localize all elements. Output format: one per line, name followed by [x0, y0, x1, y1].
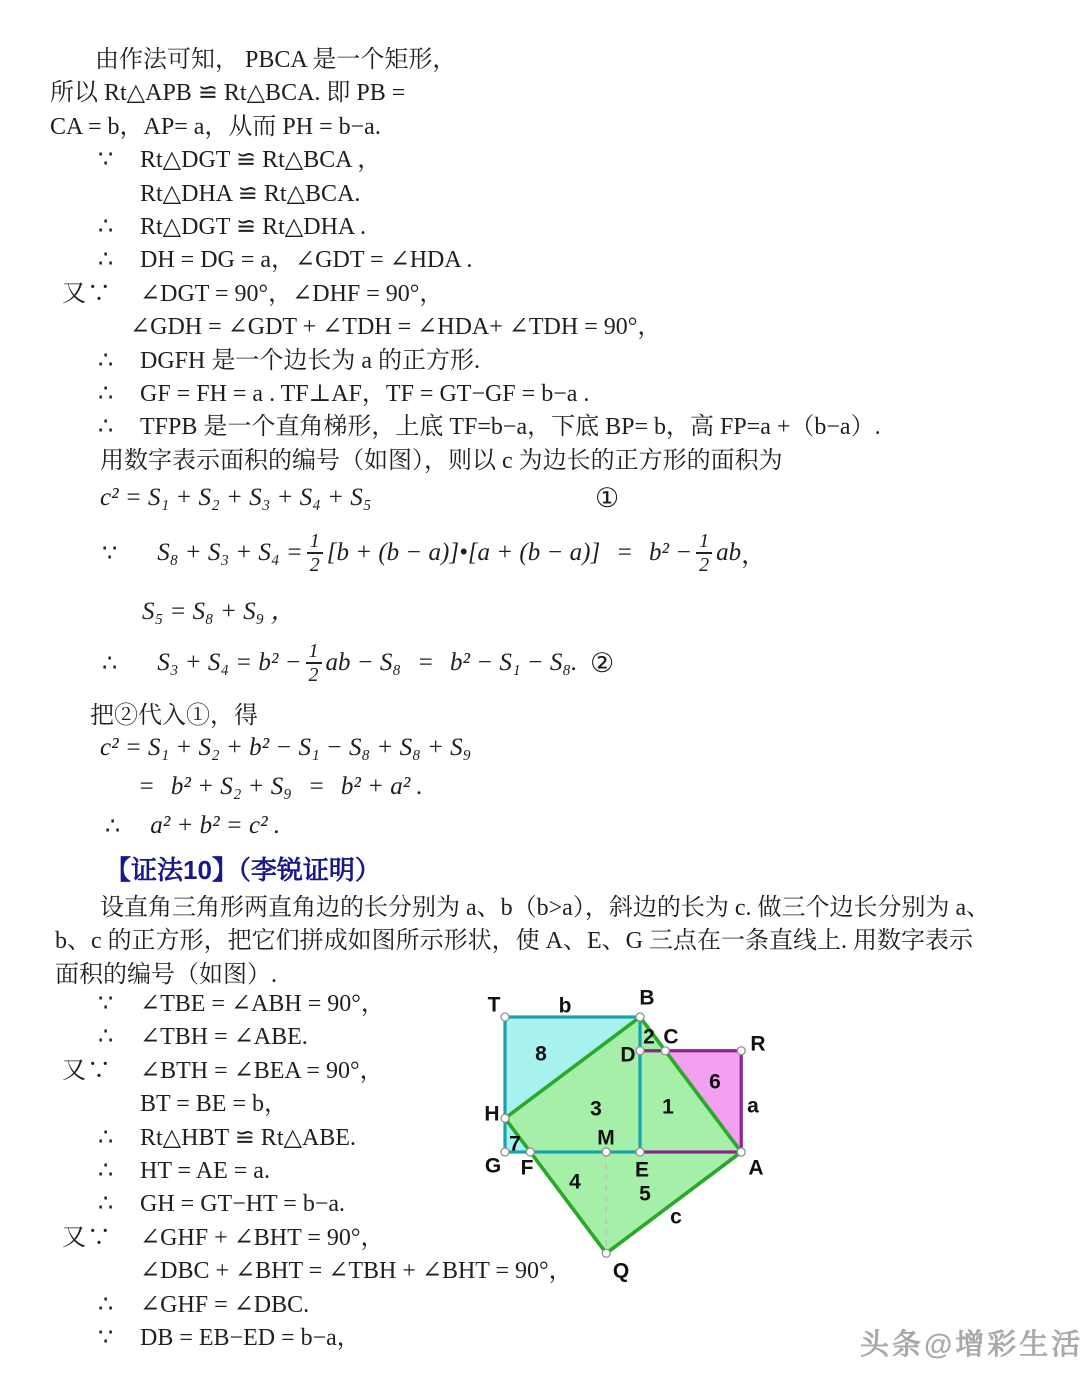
- proof-line-text: HT = AE = a.: [140, 1158, 270, 1184]
- proof-line-text: GH = GT−HT = b−a.: [140, 1191, 345, 1217]
- formula-pythagorean: ∴ a² + b² = c² .: [50, 807, 1050, 845]
- formula-text: [b + (b − a)]•[a + (b − a)]: [327, 539, 600, 567]
- proof-line: ∴ HT = AE = a.: [50, 1155, 690, 1188]
- proof-line-text: ∠GHF + ∠BHT = 90°，: [140, 1225, 384, 1251]
- proof-line: ∴ DGFH 是一个边长为 a 的正方形.: [50, 345, 1050, 378]
- therefore-symbol: ∴: [98, 1021, 114, 1054]
- because-symbol: ∵: [98, 988, 114, 1021]
- vertex-dot-A: [737, 1148, 745, 1156]
- proof-line-text: Rt△DGT ≌ Rt△DHA .: [140, 214, 366, 240]
- equals-sign: =: [616, 539, 633, 567]
- formula-text: S₃ + S₄ = b² −: [157, 649, 301, 677]
- proof9-para-line: 由作法可知， PBCA 是一个矩形，: [50, 44, 1050, 77]
- proof-line-text: ∠TBH = ∠ABE.: [140, 1024, 308, 1050]
- proof-line-text: DGFH 是一个边长为 a 的正方形.: [140, 348, 480, 374]
- proof-line-text: TFPB 是一个直角梯形，上底 TF=b−a，下底 BP= b，高 FP=a +…: [140, 414, 881, 440]
- formula-s8-s3-s4: ∵ S₈ + S₃ + S₄ = 1 2 [b + (b − a)]•[a + …: [50, 518, 1050, 588]
- proof-line: 又∵ ∠DGT = 90°，∠DHF = 90°，: [50, 278, 1050, 311]
- proof-line: ∴ TFPB 是一个直角梯形，上底 TF=b−a，下底 BP= b，高 FP=a…: [50, 411, 1050, 444]
- fraction-denominator: 2: [306, 664, 322, 686]
- proof-line: ∴ ∠TBH = ∠ABE.: [50, 1021, 690, 1054]
- proof-line-text: GF = FH = a . TF⊥AF，TF = GT−GF = b−a .: [140, 381, 589, 407]
- therefore-symbol: ∴: [98, 211, 114, 244]
- proof-line-text: Rt△DHA ≌ Rt△BCA.: [140, 181, 360, 207]
- proof-line-text: DB = EB−ED = b−a，: [140, 1325, 361, 1351]
- therefore-symbol: ∴: [98, 411, 114, 444]
- formula-c2-expanded: c² = S₁ + S₂ + b² − S₁ − S₈ + S₈ + S₉: [50, 729, 1050, 767]
- therefore-symbol: ∴: [98, 244, 114, 277]
- region-label-6: 6: [709, 1071, 721, 1094]
- proof-line-text: DH = DG = a，∠GDT = ∠HDA .: [140, 247, 472, 273]
- vertex-label-R: R: [750, 1033, 765, 1056]
- proof-line-text: ∠DGT = 90°，∠DHF = 90°，: [140, 281, 443, 307]
- fraction-one-half: 1 2: [307, 530, 323, 577]
- proof-line: ∴ GF = FH = a . TF⊥AF，TF = GT−GF = b−a .: [50, 378, 1050, 411]
- proof-line: ∴ ∠GHF = ∠DBC.: [50, 1289, 690, 1322]
- proof-line: ∠GDH = ∠GDT + ∠TDH = ∠HDA+ ∠TDH = 90°，: [50, 311, 1050, 344]
- proof10-para-line: 设直角三角形两直角边的长分别为 a、b（b>a），斜边的长为 c. 做三个边长分…: [55, 892, 1050, 925]
- also-because-symbol: 又∵: [62, 1055, 112, 1088]
- formula-text: c² = S₁ + S₂ + S₃ + S₄ + S₅: [100, 484, 371, 512]
- edge-label-a: a: [747, 1095, 759, 1118]
- proof-line: Rt△DHA ≌ Rt△BCA.: [50, 178, 1050, 211]
- formula-text: b² + S₂ + S₉: [171, 773, 292, 801]
- proof-line-text: BT = BE = b，: [140, 1091, 288, 1117]
- vertex-label-A: A: [748, 1157, 763, 1180]
- proof9-para-line: 所以 Rt△APB ≌ Rt△BCA. 即 PB =: [50, 77, 1050, 110]
- proof-line: 又∵ ∠GHF + ∠BHT = 90°，: [50, 1222, 690, 1255]
- proof-line: 又∵ ∠BTH = ∠BEA = 90°，: [50, 1055, 690, 1088]
- formula-s3-s4: ∴ S₃ + S₄ = b² − 1 2 ab − S₈ = b² − S₁ −…: [50, 630, 1050, 696]
- formula-c2-simplified: = b² + S₂ + S₉ = b² + a² .: [50, 767, 1050, 807]
- because-symbol: ∵: [98, 1322, 114, 1355]
- formula-text: b² + a² .: [341, 773, 423, 801]
- proof9-paragraph: 由作法可知， PBCA 是一个矩形， 所以 Rt△APB ≌ Rt△BCA. 即…: [50, 44, 1050, 144]
- formula-text: S₅ = S₈ + S₉ ，: [142, 591, 296, 627]
- formula-text: ab: [716, 539, 741, 567]
- proof10-heading: 【证法10】（李锐证明）: [50, 852, 1050, 888]
- also-because-symbol: 又∵: [62, 1222, 112, 1255]
- because-symbol: ∵: [98, 144, 114, 177]
- equals-sign: =: [417, 649, 434, 677]
- fraction-numerator: 1: [696, 530, 712, 554]
- fraction-one-half: 1 2: [696, 530, 712, 577]
- proof-line-text: ∠TBE = ∠ABH = 90°，: [140, 991, 385, 1017]
- formula-text: c² = S₁ + S₂ + b² − S₁ − S₈ + S₈ + S₉: [100, 734, 471, 762]
- also-because-symbol: 又∵: [62, 278, 112, 311]
- therefore-symbol: ∴: [98, 345, 114, 378]
- proof-line-text: ∠BTH = ∠BEA = 90°，: [140, 1058, 384, 1084]
- proof-line-text: ∠DBC + ∠BHT = ∠TBH + ∠BHT = 90°，: [140, 1258, 573, 1284]
- therefore-symbol: ∴: [102, 649, 117, 678]
- fraction-one-half: 1 2: [306, 640, 322, 687]
- proof-line: ∴ GH = GT−HT = b−a.: [50, 1188, 690, 1221]
- therefore-symbol: ∴: [105, 812, 120, 841]
- formula-c2-sum: c² = S₁ + S₂ + S₃ + S₄ + S₅ ①: [50, 478, 1050, 518]
- formula-text: b² −: [649, 539, 692, 567]
- equals-sign: =: [308, 773, 325, 801]
- proof10-para-line: b、c 的正方形，把它们拼成如图所示形状，使 A、E、G 三点在一条直线上. 用…: [55, 925, 1050, 958]
- because-symbol: ∵: [102, 539, 117, 568]
- fraction-denominator: 2: [307, 554, 323, 576]
- proof10-section: 【证法10】（李锐证明） 设直角三角形两直角边的长分别为 a、b（b>a），斜边…: [50, 852, 1050, 992]
- vertex-dot-R: [737, 1047, 745, 1055]
- proof10-statements: ∵ ∠TBE = ∠ABH = 90°， ∴ ∠TBH = ∠ABE. 又∵ ∠…: [50, 988, 690, 1355]
- fraction-numerator: 1: [307, 530, 323, 554]
- therefore-symbol: ∴: [98, 378, 114, 411]
- comma: ，: [741, 535, 766, 571]
- period: .: [571, 649, 577, 677]
- therefore-symbol: ∴: [98, 1155, 114, 1188]
- substitute-line: 把②代入①，得: [50, 696, 1050, 729]
- proof-line-text: Rt△HBT ≌ Rt△ABE.: [140, 1125, 356, 1151]
- equals-sign: =: [138, 773, 155, 801]
- proof-line: ∠DBC + ∠BHT = ∠TBH + ∠BHT = 90°，: [50, 1255, 690, 1288]
- proof-line: ∴ DH = DG = a，∠GDT = ∠HDA .: [50, 244, 1050, 277]
- formula-text: S₈ + S₃ + S₄ =: [157, 539, 302, 567]
- watermark: 头条@增彩生活: [860, 1322, 1080, 1363]
- therefore-symbol: ∴: [98, 1289, 114, 1322]
- formula-s5: S₅ = S₈ + S₉ ，: [50, 588, 1050, 630]
- fraction-denominator: 2: [696, 554, 712, 576]
- proof-line: ∵ DB = EB−ED = b−a，: [50, 1322, 690, 1355]
- equation-number-2: ②: [590, 648, 614, 679]
- proof-line: BT = BE = b，: [50, 1088, 690, 1121]
- therefore-symbol: ∴: [98, 1122, 114, 1155]
- therefore-symbol: ∴: [98, 1188, 114, 1221]
- proof-line: ∵ ∠TBE = ∠ABH = 90°，: [50, 988, 690, 1021]
- proof-line: ∵ Rt△DGT ≌ Rt△BCA ，: [50, 144, 1050, 177]
- proof-line-text: Rt△DGT ≌ Rt△BCA ，: [140, 147, 381, 173]
- equation-number-1: ①: [595, 483, 619, 514]
- formula-text: ab − S₈: [326, 649, 402, 677]
- proof-line: ∴ Rt△HBT ≌ Rt△ABE.: [50, 1122, 690, 1155]
- substitute-text: 把②代入①，得: [90, 695, 258, 730]
- formula-text: b² − S₁ − S₈: [450, 649, 571, 677]
- formula-text: a² + b² = c² .: [150, 812, 280, 840]
- proof-line-text: ∠GDH = ∠GDT + ∠TDH = ∠HDA+ ∠TDH = 90°，: [130, 314, 661, 340]
- proof9-section: 由作法可知， PBCA 是一个矩形， 所以 Rt△APB ≌ Rt△BCA. 即…: [50, 44, 1050, 845]
- proof9-trailing-line: 用数字表示面积的编号（如图），则以 c 为边长的正方形的面积为: [50, 445, 1050, 478]
- proof-line: ∴ Rt△DGT ≌ Rt△DHA .: [50, 211, 1050, 244]
- fraction-numerator: 1: [306, 640, 322, 664]
- proof9-para-line: CA = b，AP= a，从而 PH = b−a.: [50, 111, 1050, 144]
- proof-line-text: ∠GHF = ∠DBC.: [140, 1292, 309, 1318]
